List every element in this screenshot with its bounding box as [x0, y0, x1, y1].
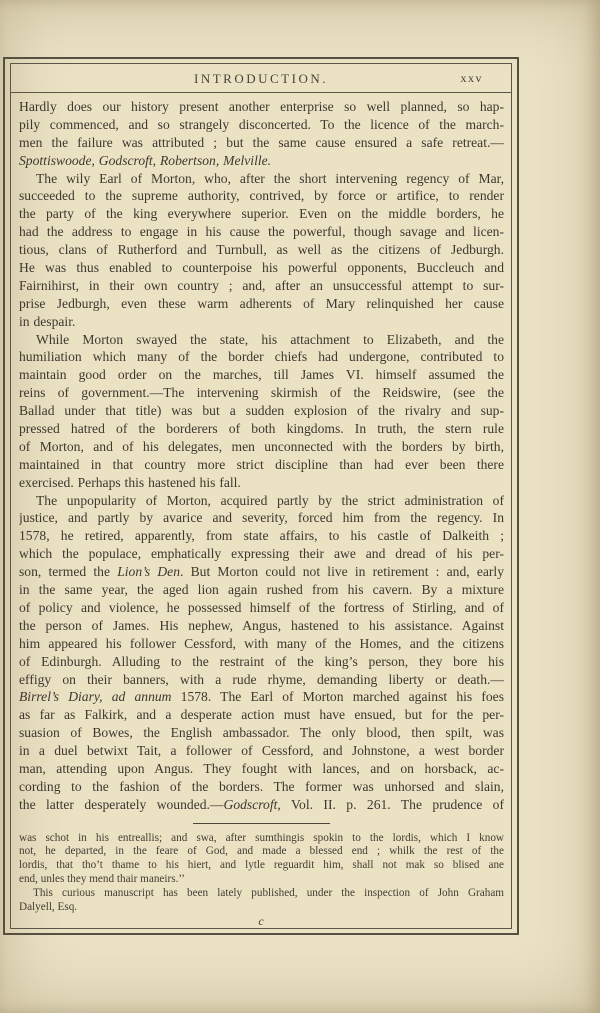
text-line: the latter desperately wounded.—Godscrof… [19, 796, 504, 814]
text-line: of Edinburgh. Alluding to the restraint … [19, 653, 504, 671]
paragraph: was schot in his entreallis; and swa, af… [19, 832, 504, 887]
text-line: men the failure was attributed ; but the… [19, 134, 504, 152]
text-segment: which the populace, emphatically express… [19, 546, 504, 561]
text-segment: the party of the king everywhere superio… [19, 206, 504, 221]
paragraph: This curious manuscript has been lately … [19, 887, 504, 915]
footnote-text: was schot in his entreallis; and swa, af… [11, 824, 511, 915]
text-segment: . But Morton could not live in retiremen… [180, 564, 504, 579]
text-segment: Hardly does our history present another … [19, 99, 504, 114]
text-line: in the same year, the aged lion again ru… [19, 581, 504, 599]
text-line: in a duel betwixt Tait, a follower of Ce… [19, 742, 504, 760]
text-segment: of policy and violence, he possessed him… [19, 600, 504, 615]
text-line: Spottiswoode, Godscroft, Robertson, Melv… [19, 152, 504, 170]
text-segment: son, termed the [19, 564, 117, 579]
text-line: Ballad under that title) was but a sudde… [19, 402, 504, 420]
text-segment: This curious manuscript has been lately … [33, 887, 504, 899]
text-line: humiliation which many of the border chi… [19, 348, 504, 366]
text-line: as far as Falkirk, and a desperate actio… [19, 706, 504, 724]
text-line: which the populace, emphatically express… [19, 545, 504, 563]
text-line: of Morton, and of his delegates, men unc… [19, 438, 504, 456]
page-number: xxv [461, 64, 484, 93]
text-segment: in the same year, the aged lion again ru… [19, 582, 504, 597]
text-segment: pressed hatred of the borderers of both … [19, 421, 504, 436]
text-segment: in a duel betwixt Tait, a follower of Ce… [19, 743, 504, 758]
text-segment: the person of James. His nephew, Angus, … [19, 618, 504, 633]
text-segment: He was thus enabled to counterpoise his … [19, 260, 504, 275]
text-segment: effigy on their banners, with a rude rhy… [19, 672, 504, 687]
paragraph: Hardly does our history present another … [19, 98, 504, 170]
text-segment: Fairnihirst, in their own country ; and,… [19, 278, 504, 293]
text-segment: tious, clans of Rutherford and Turnbull,… [19, 242, 504, 257]
paragraph: The unpopularity of Morton, acquired par… [19, 492, 504, 814]
italic-text: Spottiswoode, Godscroft, Robertson, Melv… [19, 153, 271, 168]
paragraph: The wily Earl of Morton, who, after the … [19, 170, 504, 331]
text-line: pressed hatred of the borderers of both … [19, 420, 504, 438]
page-frame: INTRODUCTION. xxv Hardly does our histor… [3, 57, 519, 935]
text-line: While Morton swayed the state, his attac… [19, 331, 504, 349]
text-line: Dalyell, Esq. [19, 901, 504, 915]
italic-text: Lion’s Den [117, 564, 180, 579]
text-line: the party of the king everywhere superio… [19, 205, 504, 223]
text-line: Fairnihirst, in their own country ; and,… [19, 277, 504, 295]
italic-text: Birrel’s Diary, ad annum [19, 689, 171, 704]
text-segment: suasion of Bowes, the English ambassador… [19, 725, 504, 740]
text-segment: While Morton swayed the state, his attac… [36, 332, 504, 347]
text-line: man, attending upon Angus. They fought w… [19, 760, 504, 778]
text-segment: exercised. Perhaps this hastened his fal… [19, 475, 241, 490]
text-segment: man, attending upon Angus. They fought w… [19, 761, 504, 776]
page-header: INTRODUCTION. xxv [11, 64, 511, 93]
text-segment: Ballad under that title) was but a sudde… [19, 403, 504, 418]
text-segment: succeeded to the supreme authority, cont… [19, 188, 504, 203]
text-line: maintained in that country more strict d… [19, 456, 504, 474]
text-segment: the latter desperately wounded.— [19, 797, 224, 812]
text-segment: in despair. [19, 314, 75, 329]
text-line: pily commenced, and so strangely disconc… [19, 116, 504, 134]
text-segment: maintain good order on the marches, till… [19, 367, 504, 382]
text-segment: The wily Earl of Morton, who, after the … [36, 171, 504, 186]
text-line: lordis, that tho’t thame to his hiert, a… [19, 859, 504, 873]
text-segment: 1578, he retired, apparently, from state… [19, 528, 504, 543]
text-line: maintain good order on the marches, till… [19, 366, 504, 384]
text-line: Hardly does our history present another … [19, 98, 504, 116]
text-line: cording to the fashion of the borders. T… [19, 778, 504, 796]
text-line: the person of James. His nephew, Angus, … [19, 617, 504, 635]
text-line: had the address to engage in his cause t… [19, 223, 504, 241]
text-segment: as far as Falkirk, and a desperate actio… [19, 707, 504, 722]
text-line: in despair. [19, 313, 504, 331]
text-line: The wily Earl of Morton, who, after the … [19, 170, 504, 188]
text-line: 1578, he retired, apparently, from state… [19, 527, 504, 545]
text-segment: of Morton, and of his delegates, men unc… [19, 439, 504, 454]
text-segment: lordis, that tho’t thame to his hiert, a… [19, 859, 504, 871]
text-line: exercised. Perhaps this hastened his fal… [19, 474, 504, 492]
text-line: reins of government.—The intervening ski… [19, 384, 504, 402]
text-line: effigy on their banners, with a rude rhy… [19, 671, 504, 689]
signature-mark: c [11, 915, 511, 928]
text-line: He was thus enabled to counterpoise his … [19, 259, 504, 277]
text-line: of policy and violence, he possessed him… [19, 599, 504, 617]
text-segment: pily commenced, and so strangely disconc… [19, 117, 504, 132]
text-line: Birrel’s Diary, ad annum 1578. The Earl … [19, 688, 504, 706]
text-segment: had the address to engage in his cause t… [19, 224, 504, 239]
text-line: The unpopularity of Morton, acquired par… [19, 492, 504, 510]
text-segment: him appeared his follower Cessford, with… [19, 636, 504, 651]
text-line: justice, and partly by avarice and sever… [19, 509, 504, 527]
text-line: tious, clans of Rutherford and Turnbull,… [19, 241, 504, 259]
text-segment: end, unles they mend thair maneirs.’’ [19, 873, 185, 885]
running-title: INTRODUCTION. [11, 64, 511, 93]
text-line: was schot in his entreallis; and swa, af… [19, 832, 504, 846]
text-line: succeeded to the supreme authority, cont… [19, 187, 504, 205]
text-line: prise Jedburgh, even these warm adherent… [19, 295, 504, 313]
text-segment: reins of government.—The intervening ski… [19, 385, 504, 400]
text-segment: cording to the fashion of the borders. T… [19, 779, 504, 794]
paragraph: While Morton swayed the state, his attac… [19, 331, 504, 492]
text-segment: men the failure was attributed ; but the… [19, 135, 504, 150]
text-segment: humiliation which many of the border chi… [19, 349, 504, 364]
text-line: suasion of Bowes, the English ambassador… [19, 724, 504, 742]
text-segment: The unpopularity of Morton, acquired par… [36, 493, 504, 508]
text-segment: prise Jedburgh, even these warm adherent… [19, 296, 504, 311]
text-segment: 1578. The Earl of Morton marched against… [171, 689, 504, 704]
text-segment: , Vol. II. p. 261. The prudence of [277, 797, 504, 812]
text-line: not, he departed, in the feare of God, a… [19, 845, 504, 859]
text-segment: justice, and partly by avarice and sever… [19, 510, 504, 525]
text-line: him appeared his follower Cessford, with… [19, 635, 504, 653]
italic-text: Godscroft [224, 797, 278, 812]
text-segment: maintained in that country more strict d… [19, 457, 504, 472]
text-line: This curious manuscript has been lately … [19, 887, 504, 901]
page-frame-inner: INTRODUCTION. xxv Hardly does our histor… [10, 63, 512, 929]
text-segment: Dalyell, Esq. [19, 901, 77, 913]
text-line: end, unles they mend thair maneirs.’’ [19, 873, 504, 887]
text-line: son, termed the Lion’s Den. But Morton c… [19, 563, 504, 581]
text-segment: not, he departed, in the feare of God, a… [19, 845, 504, 857]
text-segment: was schot in his entreallis; and swa, af… [19, 832, 504, 844]
text-segment: of Edinburgh. Alluding to the restraint … [19, 654, 504, 669]
body-text: Hardly does our history present another … [11, 93, 511, 814]
